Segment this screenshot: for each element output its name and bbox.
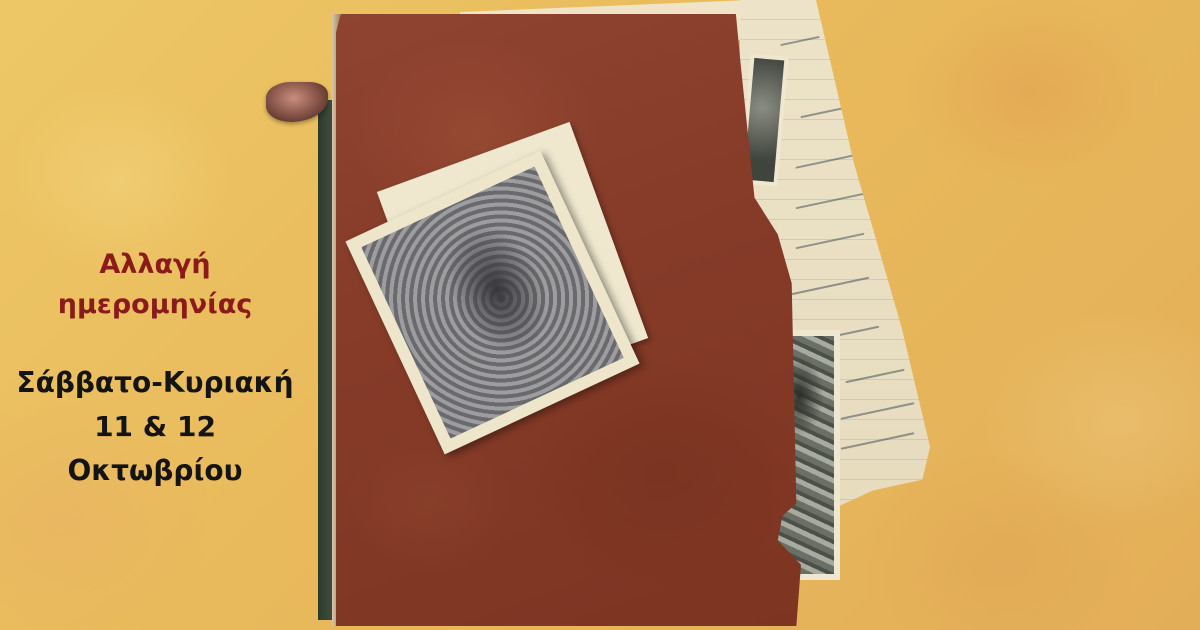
date-days: Σάββατο-Κυριακή: [0, 361, 310, 405]
date-numbers: 11 & 12: [0, 405, 310, 449]
headline-line-2: ημερομηνίας: [0, 285, 310, 325]
announcement-text: Αλλαγή ημερομηνίας Σάββατο-Κυριακή 11 & …: [0, 245, 310, 493]
headline: Αλλαγή ημερομηνίας: [0, 245, 310, 325]
date-month: Οκτωβρίου: [0, 449, 310, 493]
headline-line-1: Αλλαγή: [0, 245, 310, 285]
event-dates: Σάββατο-Κυριακή 11 & 12 Οκτωβρίου: [0, 361, 310, 493]
